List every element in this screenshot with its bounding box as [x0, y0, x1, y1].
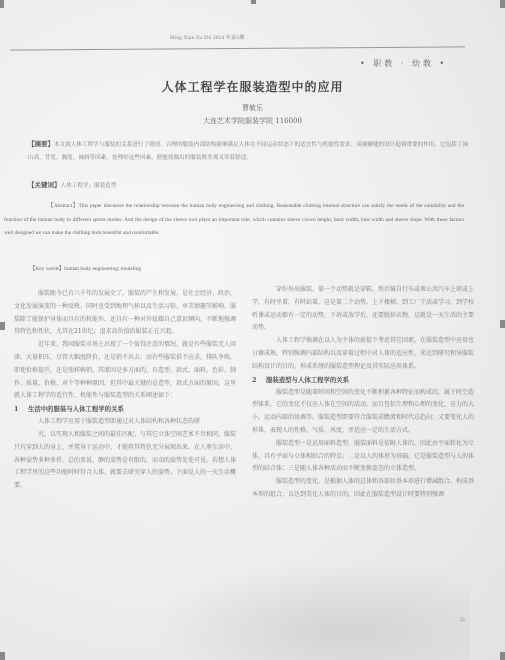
crop-mark-top-left — [0, 0, 4, 8]
english-abstract: 【Abstract】This paper discusses the relat… — [4, 200, 464, 241]
section-number: 2 — [252, 374, 266, 387]
section-heading-2: 2服装造型与人体工程学的关系 — [252, 374, 474, 387]
chinese-abstract-text: 本文就人体工程学与服装的关系进行了阐述。合理的服装内部结构能够满足人体在不同运动… — [28, 142, 468, 161]
article-title: 人体工程学在服装造型中的应用 — [0, 78, 505, 95]
english-keywords: 【Key words】human body engineering; model… — [30, 264, 141, 272]
scan-shadow — [150, 560, 470, 660]
crop-mark-bottom-right — [500, 652, 505, 660]
paragraph: 服装造型一是运用面料造型，服装面料是依附人体的，因此由平面转化为立体，具有平面与… — [252, 438, 474, 476]
scanned-page: Ming Xiao Zu Zhi 2014 年第3期 • 职教 · 幼教 • 人… — [0, 0, 505, 660]
body-column-right: 穿好外出服装，第一个动势就是穿鞋，然后骑自行车或乘公共汽车上班或上学，有时坐着，… — [252, 284, 474, 502]
crop-mark-bottom-left — [0, 652, 5, 660]
chinese-abstract-label: 【摘要】 — [28, 140, 54, 148]
running-header: Ming Xiao Zu Zhi 2014 年第3期 — [170, 34, 245, 41]
author-name: 曹敏乐 — [0, 103, 505, 113]
section-tag: • 职教 · 幼教 • — [360, 58, 447, 69]
paragraph: 近年来，我国服装市场上出现了一个值得注意的情况，就是有些服装无人问津，大量积压，… — [14, 339, 236, 403]
page-number: 55 — [460, 618, 465, 623]
chinese-keywords-text: 人体工程学；服装造型 — [61, 183, 117, 189]
paragraph: 人体工程学应用于服装造型即通过对人体结构和各种状态的研 — [14, 416, 236, 429]
chinese-keywords-label: 【关键词】 — [28, 181, 61, 189]
chinese-abstract: 【摘要】本文就人体工程学与服装的关系进行了阐述。合理的服装内部结构能够满足人体在… — [28, 138, 468, 165]
crop-mark-top-center — [251, 0, 256, 4]
body-column-left: 服装距今已有六千年的发展史了，服装的产生和发展，是社会经济、政治、文化发展演变的… — [14, 288, 236, 493]
crop-mark-right — [500, 320, 505, 328]
paragraph: 服装距今已有六千年的发展史了，服装的产生和发展，是社会经济、政治、文化发展演变的… — [14, 288, 236, 339]
paragraph: 人体工程学强调在以人为主体的前提下考虑其它因素，在服装造型中应用也日臻成熟，特别… — [252, 335, 474, 373]
paragraph: 服装造型的变化，是根据人体的总体和各部位基本形进行增减组合，构成基本形的组合，以… — [252, 476, 474, 502]
english-keywords-text: human body engineering; modeling — [64, 266, 141, 272]
chinese-keywords: 【关键词】人体工程学；服装造型 — [28, 180, 116, 189]
english-keywords-label: 【Key words】 — [30, 266, 64, 272]
crop-mark-left — [0, 322, 5, 330]
paragraph: 穿好外出服装，第一个动势就是穿鞋，然后骑自行车或乘公共汽车上班或上学，有时坐着，… — [252, 284, 474, 335]
english-abstract-label: 【Abstract】 — [48, 203, 79, 209]
paragraph: 服装造型是随着时间和空间的变化不断积累各种特征而构成的，属于时空造型体系，它的变… — [252, 387, 474, 438]
author-affiliation: 大连艺术学院服装学院 116000 — [0, 116, 505, 126]
paragraph: 究，以实现人和服装之间的最佳匹配。与其它立体空间艺术不尽相同，服装只有穿到人的身… — [14, 429, 236, 493]
header-rule — [10, 46, 465, 50]
section-heading-text: 生活中的服装与人体工程学的关系 — [28, 405, 124, 413]
section-heading-1: 1生活中的服装与人体工程学的关系 — [14, 403, 236, 416]
section-number: 1 — [14, 403, 28, 416]
section-heading-text: 服装造型与人体工程学的关系 — [266, 376, 349, 384]
crop-mark-top-right — [500, 0, 505, 8]
